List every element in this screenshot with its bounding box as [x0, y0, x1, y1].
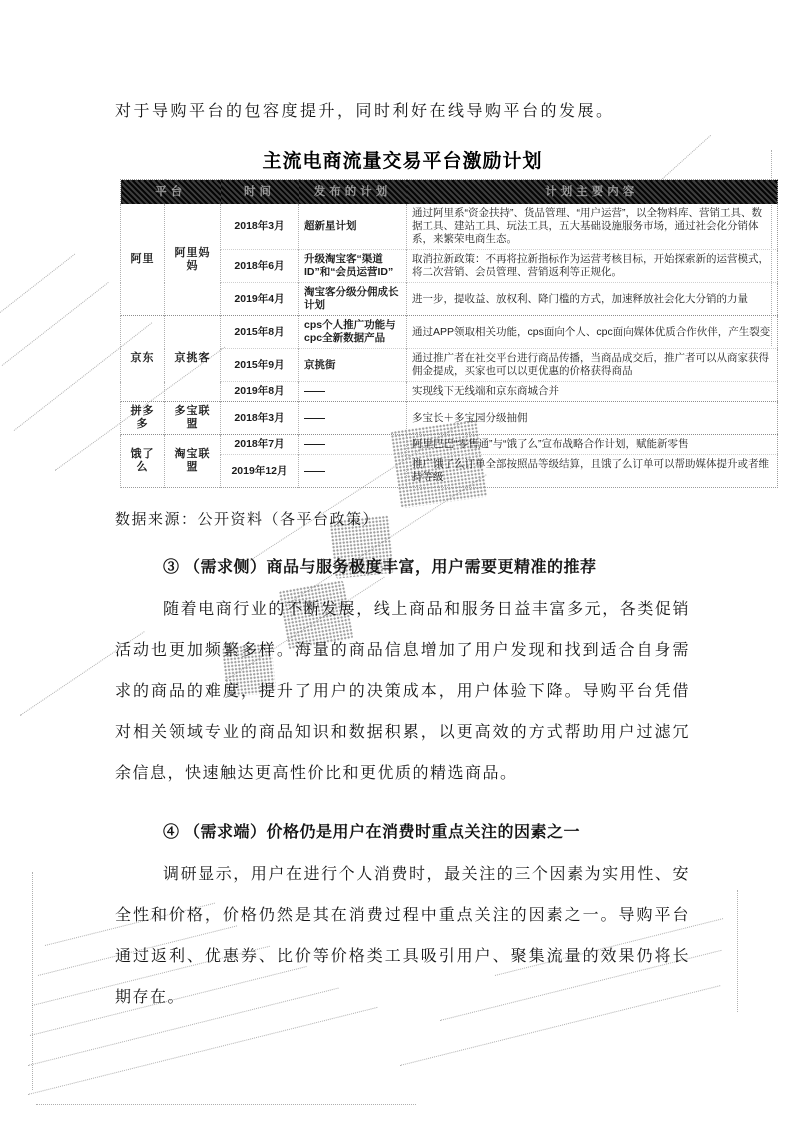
content-cell: 通过推广者在社交平台进行商品传播，当商品成交后，推广者可以从商家获得佣金提成，买…: [407, 349, 778, 382]
alliance-cell: 京挑客: [165, 316, 221, 402]
table-row: 拼多多 多宝联盟 2018年3月 —— 多宝长＋多宝园分级抽佣: [121, 402, 778, 435]
table-title: 主流电商流量交易平台激励计划: [115, 146, 690, 173]
platform-cell: 京东: [121, 316, 165, 402]
header-platform: 平台: [121, 180, 221, 205]
date-cell: 2019年4月: [221, 283, 299, 316]
alliance-cell: 淘宝联盟: [165, 435, 221, 488]
table-header-row: 平台 时间 发布的计划 计划主要内容: [121, 180, 778, 205]
content-cell: 推广饿了么订单全部按照品等级结算，且饿了么订单可以帮助媒体提升或者维持等级: [407, 455, 778, 488]
content-cell: 通过阿里系“资金扶持”、货品管理、“用户运营”，以全物料库、营销工具、数据工具、…: [407, 204, 778, 250]
plan-cell: 淘宝客分级分佣成长计划: [299, 283, 407, 316]
plan-cell: cps个人推广功能与cpc全新数据产品: [299, 316, 407, 349]
content-cell: 通过APP领取相关功能，cps面向个人、cpc面向媒体优质合作伙伴，产生裂变: [407, 316, 778, 349]
document-content: 对于导购平台的包容度提升，同时利好在线导购平台的发展。 主流电商流量交易平台激励…: [115, 100, 690, 1018]
incentive-plan-table: 平台 时间 发布的计划 计划主要内容 阿里 阿里妈妈 2018年3月 超新星计划…: [120, 179, 778, 488]
plan-cell: 京挑街: [299, 349, 407, 382]
date-cell: 2019年12月: [221, 455, 299, 488]
content-cell: 多宝长＋多宝园分级抽佣: [407, 402, 778, 435]
plan-cell: ——: [299, 435, 407, 455]
header-content: 计划主要内容: [407, 180, 778, 205]
plan-cell: 升级淘宝客“渠道ID”和“会员运营ID”: [299, 250, 407, 283]
date-cell: 2015年8月: [221, 316, 299, 349]
alliance-cell: 多宝联盟: [165, 402, 221, 435]
watermark-diagonal-line: [28, 1007, 378, 1095]
watermark-diagonal-line: [0, 254, 75, 313]
table-row: 饿了么 淘宝联盟 2018年7月 —— 阿里巴巴“零售通”与“饿了么”宣布战略合…: [121, 435, 778, 455]
watermark-dotted-column: [737, 890, 738, 1012]
date-cell: 2019年8月: [221, 382, 299, 402]
watermark-dotted-column: [32, 872, 33, 1090]
platform-cell: 阿里: [121, 204, 165, 316]
header-time: 时间: [221, 180, 299, 205]
date-cell: 2018年6月: [221, 250, 299, 283]
table-row: 京东 京挑客 2015年8月 cps个人推广功能与cpc全新数据产品 通过APP…: [121, 316, 778, 349]
content-cell: 进一步，提收益、放权利、降门槛的方式，加速释放社会化大分销的力量: [407, 283, 778, 316]
date-cell: 2018年7月: [221, 435, 299, 455]
watermark-horizontal-line: [36, 1104, 416, 1105]
content-cell: 取消拉新政策：不再将拉新指标作为运营考核目标，开始探索新的运营模式，将二次营销、…: [407, 250, 778, 283]
data-source-note: 数据来源：公开资料（各平台政策）: [115, 508, 690, 529]
section-heading-demand-side: ③ （需求侧）商品与服务极度丰富，用户需要更精准的推荐: [115, 555, 690, 581]
section-heading-price-factor: ④ （需求端）价格仍是用户在消费时重点关注的因素之一: [115, 820, 690, 846]
document-page: { "page": { "intro": "对于导购平台的包容度提升，同时利好在…: [0, 0, 793, 1122]
date-cell: 2018年3月: [221, 402, 299, 435]
plan-cell: ——: [299, 382, 407, 402]
content-cell: 阿里巴巴“零售通”与“饿了么”宣布战略合作计划，赋能新零售: [407, 435, 778, 455]
intro-paragraph: 对于导购平台的包容度提升，同时利好在线导购平台的发展。: [115, 100, 690, 124]
table-row: 阿里 阿里妈妈 2018年3月 超新星计划 通过阿里系“资金扶持”、货品管理、“…: [121, 204, 778, 250]
plan-cell: ——: [299, 455, 407, 488]
section-body-price-factor: 调研显示，用户在进行个人消费时，最关注的三个因素为实用性、安全性和价格，价格仍然…: [115, 854, 690, 1018]
watermark-diagonal-line: [2, 282, 109, 366]
date-cell: 2015年9月: [221, 349, 299, 382]
header-plan: 发布的计划: [299, 180, 407, 205]
platform-cell: 饿了么: [121, 435, 165, 488]
alliance-cell: 阿里妈妈: [165, 204, 221, 316]
content-cell: 实现线下无线端和京东商城合并: [407, 382, 778, 402]
section-body-demand-side: 随着电商行业的不断发展，线上商品和服务日益丰富多元，各类促销活动也更加频繁多样。…: [115, 589, 690, 794]
date-cell: 2018年3月: [221, 204, 299, 250]
plan-cell: ——: [299, 402, 407, 435]
plan-cell: 超新星计划: [299, 204, 407, 250]
platform-cell: 拼多多: [121, 402, 165, 435]
